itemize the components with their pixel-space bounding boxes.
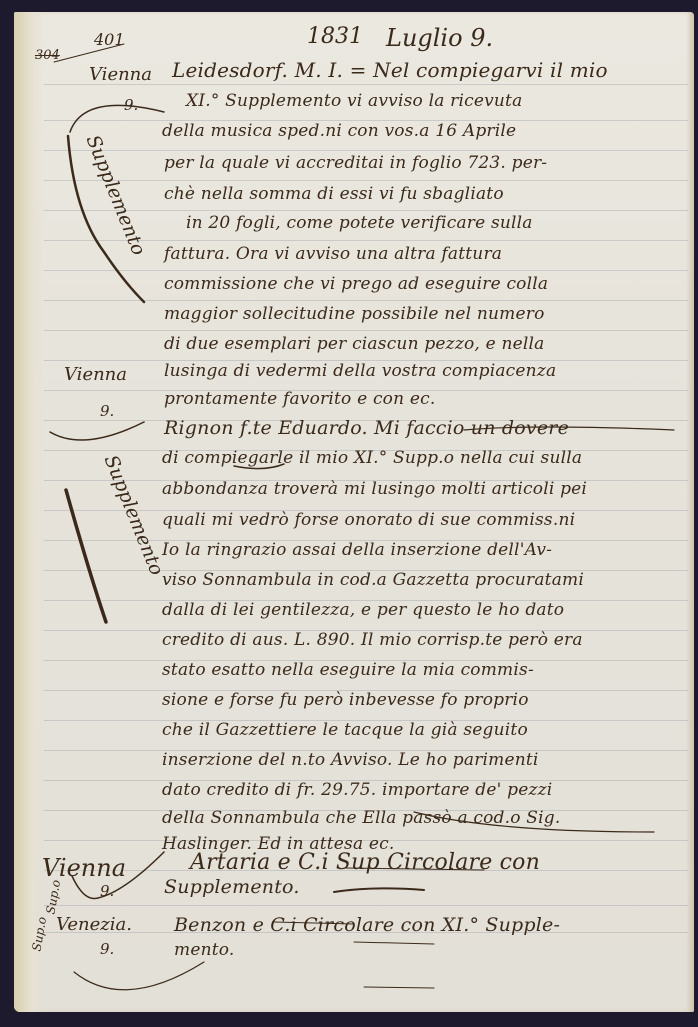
ink-flourishes: [14, 12, 694, 1012]
manuscript-page: 304 401 1831 Luglio 9. Vienna 9. Supplem…: [14, 12, 694, 1012]
